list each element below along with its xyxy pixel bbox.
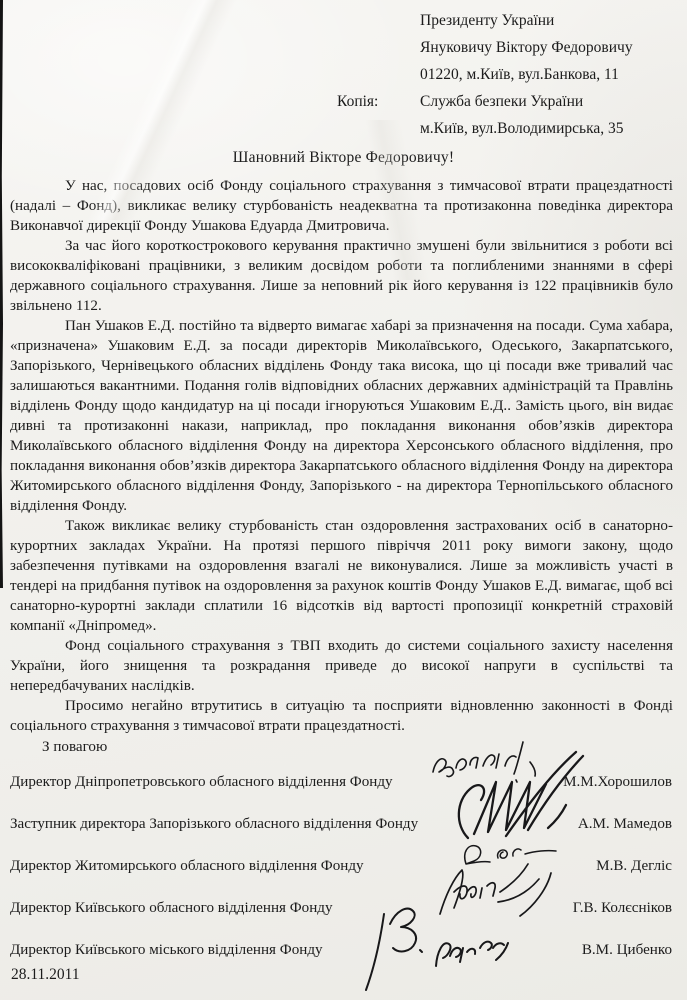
letter-body: У нас, посадових осіб Фонду соціального … [10, 176, 673, 736]
closing-phrase: З повагою [42, 737, 687, 757]
copy-line: Служба безпеки України [420, 88, 583, 115]
recipient-line: Януковичу Віктору Федоровичу [337, 34, 673, 61]
document-date: 28.11.2011 [11, 966, 80, 984]
scan-artifact-edge [0, 0, 3, 588]
signature-row: Директор Київського обласного відділення… [10, 898, 672, 918]
body-paragraph: Також викликає велику стурбованість стан… [10, 516, 673, 636]
signature-block: Директор Дніпропетровського обласного ві… [10, 772, 672, 960]
body-paragraph: У нас, посадових осіб Фонду соціального … [10, 176, 673, 236]
signature-row: Директор Житомирського обласного відділе… [10, 856, 672, 876]
body-paragraph: Пан Ушаков Е.Д. постійно та відверто вим… [10, 316, 673, 516]
signatory-title: Директор Київського міського відділення … [10, 940, 323, 960]
recipient-line: 01220, м.Київ, вул.Банкова, 11 [337, 61, 673, 88]
copy-line: м.Київ, вул.Володимирська, 35 [337, 115, 673, 142]
signature-row: Директор Київського міського відділення … [10, 940, 672, 960]
signature-row: Директор Дніпропетровського обласного ві… [10, 772, 672, 792]
signatory-name: М.М.Хорошилов [563, 772, 672, 792]
signatory-name: В.М. Цибенко [582, 940, 672, 960]
signatory-title: Заступник директора Запорізького обласно… [10, 814, 418, 834]
recipient-line: Президенту України [337, 7, 673, 34]
signatory-name: М.В. Дегліс [596, 856, 672, 876]
signatory-name: А.М. Мамедов [578, 814, 672, 834]
body-paragraph: За час його короткострокового керування … [10, 236, 673, 316]
recipient-block: Президенту України Януковичу Віктору Фед… [337, 7, 673, 142]
body-paragraph: Фонд соціального страхування з ТВП входи… [10, 636, 673, 696]
copy-label: Копія: [337, 88, 420, 115]
salutation: Шановний Вікторе Федоровичу! [0, 146, 687, 170]
scanned-letter-page: Президенту України Януковичу Віктору Фед… [0, 0, 687, 1000]
body-paragraph: Просимо негайно втрутитись в ситуацію та… [10, 696, 673, 736]
signatory-name: Г.В. Колєсніков [573, 898, 672, 918]
signatory-title: Директор Київського обласного відділення… [10, 898, 333, 918]
signature-row: Заступник директора Запорізького обласно… [10, 814, 672, 834]
signatory-title: Директор Житомирського обласного відділе… [10, 856, 364, 876]
signatory-title: Директор Дніпропетровського обласного ві… [10, 772, 393, 792]
